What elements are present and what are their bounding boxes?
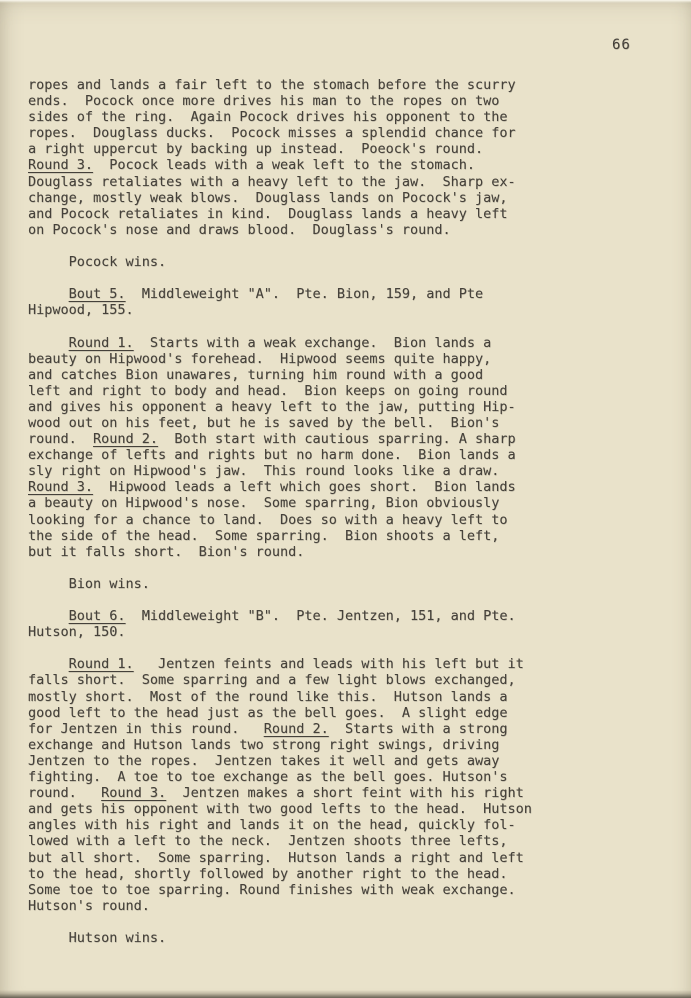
typewritten-line: ​ (28, 238, 671, 254)
typewritten-line: exchange of lefts and rights but no harm… (28, 447, 671, 463)
text-segment: Bion wins. (28, 576, 150, 592)
typewritten-line: Jentzen to the ropes. Jentzen takes it w… (28, 753, 671, 769)
text-segment: Hutson wins. (28, 930, 166, 946)
text-segment (28, 656, 69, 672)
text-segment: ends. Pocock once more drives his man to… (28, 93, 499, 109)
typewritten-line: for Jentzen in this round. Round 2. Star… (28, 721, 671, 737)
page-bottom-edge-shadow (0, 990, 691, 998)
text-segment: ropes. Douglass ducks. Pocock misses a s… (28, 125, 516, 141)
text-segment (28, 286, 69, 302)
typewritten-line: good left to the head just as the bell g… (28, 705, 671, 721)
underlined-heading: Round 1. (69, 656, 134, 672)
text-segment: round. (28, 431, 93, 447)
underlined-heading: Bout 5. (69, 286, 126, 302)
text-segment: a beauty on Hipwood's nose. Some sparrin… (28, 495, 499, 511)
text-segment: change, mostly weak blows. Douglass land… (28, 190, 508, 206)
typewritten-line: ropes and lands a fair left to the stoma… (28, 77, 671, 93)
typewritten-line: Douglass retaliates with a heavy left to… (28, 174, 671, 190)
text-segment: falls short. Some sparring and a few lig… (28, 672, 516, 688)
typewritten-line: Round 3. Hipwood leads a left which goes… (28, 479, 671, 495)
text-segment: lowed with a left to the neck. Jentzen s… (28, 833, 508, 849)
text-segment: left and right to body and head. Bion ke… (28, 383, 508, 399)
underlined-heading: Round 2. (93, 431, 158, 447)
typewritten-line: and gets his opponent with two good left… (28, 801, 671, 817)
text-segment: but it falls short. Bion's round. (28, 544, 304, 560)
text-segment: for Jentzen in this round. (28, 721, 264, 737)
text-segment (28, 608, 69, 624)
underlined-heading: Round 1. (69, 335, 134, 351)
page-number: 66 (612, 37, 631, 53)
typewritten-line: sly right on Hipwood's jaw. This round l… (28, 463, 671, 479)
typewritten-line: Round 3. Pocock leads with a weak left t… (28, 157, 671, 173)
typewritten-line: wood out on his feet, but he is saved by… (28, 415, 671, 431)
typewritten-line: but it falls short. Bion's round. (28, 544, 671, 560)
typewritten-line: and catches Bion unawares, turning him r… (28, 367, 671, 383)
text-segment: Starts with a strong (329, 721, 508, 737)
text-segment: good left to the head just as the bell g… (28, 705, 508, 721)
text-segment: exchange and Hutson lands two strong rig… (28, 737, 499, 753)
typewritten-line: Hutson wins. (28, 930, 671, 946)
text-segment: Jentzen to the ropes. Jentzen takes it w… (28, 753, 499, 769)
text-segment: and gives his opponent a heavy left to t… (28, 399, 516, 415)
typewritten-line: on Pocock's nose and draws blood. Dougla… (28, 222, 671, 238)
text-segment: sides of the ring. Again Pocock drives h… (28, 109, 508, 125)
text-segment: Hipwood leads a left which goes short. B… (93, 479, 516, 495)
text-segment: Hutson's round. (28, 898, 150, 914)
typewritten-line: and gives his opponent a heavy left to t… (28, 399, 671, 415)
underlined-heading: Bout 6. (69, 608, 126, 624)
underlined-heading: Round 2. (264, 721, 329, 737)
text-segment: wood out on his feet, but he is saved by… (28, 415, 499, 431)
typewritten-line: Round 1. Starts with a weak exchange. Bi… (28, 335, 671, 351)
text-segment: mostly short. Most of the round like thi… (28, 689, 508, 705)
text-segment: a right uppercut by backing up instead. … (28, 141, 483, 157)
typewritten-line: Hutson's round. (28, 898, 671, 914)
text-segment (28, 335, 69, 351)
typewritten-line: round. Round 2. Both start with cautious… (28, 431, 671, 447)
typewritten-line: mostly short. Most of the round like thi… (28, 689, 671, 705)
typewritten-line: Pocock wins. (28, 254, 671, 270)
typewritten-line: change, mostly weak blows. Douglass land… (28, 190, 671, 206)
underlined-heading: Round 3. (101, 785, 166, 801)
text-segment: ropes and lands a fair left to the stoma… (28, 77, 516, 93)
typewritten-line: ends. Pocock once more drives his man to… (28, 93, 671, 109)
text-segment: Pocock wins. (28, 254, 166, 270)
typewritten-line: sides of the ring. Again Pocock drives h… (28, 109, 671, 125)
text-segment: round. (28, 785, 101, 801)
text-segment: and gets his opponent with two good left… (28, 801, 532, 817)
typewritten-line: exchange and Hutson lands two strong rig… (28, 737, 671, 753)
typewritten-line: Bion wins. (28, 576, 671, 592)
text-segment: fighting. A toe to toe exchange as the b… (28, 769, 508, 785)
text-segment: and catches Bion unawares, turning him r… (28, 367, 483, 383)
typewritten-line: ​ (28, 318, 671, 334)
document-body: ropes and lands a fair left to the stoma… (28, 77, 671, 946)
typewritten-line: ​ (28, 270, 671, 286)
typewritten-line: Some toe to toe sparring. Round finishes… (28, 882, 671, 898)
typewritten-line: looking for a chance to land. Does so wi… (28, 512, 671, 528)
text-segment: looking for a chance to land. Does so wi… (28, 512, 508, 528)
underlined-heading: Round 3. (28, 157, 93, 173)
scanned-document-page: 66 ropes and lands a fair left to the st… (0, 0, 691, 998)
typewritten-line: ropes. Douglass ducks. Pocock misses a s… (28, 125, 671, 141)
typewritten-line: round. Round 3. Jentzen makes a short fe… (28, 785, 671, 801)
text-segment: on Pocock's nose and draws blood. Dougla… (28, 222, 451, 238)
text-segment: exchange of lefts and rights but no harm… (28, 447, 516, 463)
text-segment: sly right on Hipwood's jaw. This round l… (28, 463, 499, 479)
text-segment: the side of the head. Some sparring. Bio… (28, 528, 499, 544)
text-segment: Jentzen feints and leads with his left b… (134, 656, 524, 672)
text-segment: Starts with a weak exchange. Bion lands … (134, 335, 492, 351)
typewritten-line: and Pocock retaliates in kind. Douglass … (28, 206, 671, 222)
typewritten-line: Bout 5. Middleweight "A". Pte. Bion, 159… (28, 286, 671, 302)
typewritten-line: ​ (28, 914, 671, 930)
typewritten-line: Hipwood, 155. (28, 302, 671, 318)
text-segment: to the head, shortly followed by another… (28, 866, 508, 882)
typewritten-line: fighting. A toe to toe exchange as the b… (28, 769, 671, 785)
typewritten-line: but all short. Some sparring. Hutson lan… (28, 850, 671, 866)
page-top-edge (0, 0, 691, 3)
text-segment: Jentzen makes a short feint with his rig… (166, 785, 524, 801)
text-segment: Hipwood, 155. (28, 302, 134, 318)
typewritten-line: Bout 6. Middleweight "B". Pte. Jentzen, … (28, 608, 671, 624)
typewritten-line: Hutson, 150. (28, 624, 671, 640)
text-segment: Some toe to toe sparring. Round finishes… (28, 882, 516, 898)
typewritten-line: ​ (28, 560, 671, 576)
text-segment: and Pocock retaliates in kind. Douglass … (28, 206, 508, 222)
typewritten-line: Round 1. Jentzen feints and leads with h… (28, 656, 671, 672)
underlined-heading: Round 3. (28, 479, 93, 495)
typewritten-line: falls short. Some sparring and a few lig… (28, 672, 671, 688)
text-segment: Middleweight "A". Pte. Bion, 159, and Pt… (126, 286, 484, 302)
typewritten-line: a beauty on Hipwood's nose. Some sparrin… (28, 495, 671, 511)
typewritten-line: ​ (28, 640, 671, 656)
typewritten-line: left and right to body and head. Bion ke… (28, 383, 671, 399)
typewritten-line: angles with his right and lands it on th… (28, 817, 671, 833)
text-segment: but all short. Some sparring. Hutson lan… (28, 850, 524, 866)
typewritten-line: to the head, shortly followed by another… (28, 866, 671, 882)
typewritten-line: ​ (28, 592, 671, 608)
text-segment: angles with his right and lands it on th… (28, 817, 516, 833)
text-segment: Both start with cautious sparring. A sha… (158, 431, 516, 447)
text-segment: Middleweight "B". Pte. Jentzen, 151, and… (126, 608, 516, 624)
text-segment: Pocock leads with a weak left to the sto… (93, 157, 475, 173)
typewritten-line: the side of the head. Some sparring. Bio… (28, 528, 671, 544)
text-segment: beauty on Hipwood's forehead. Hipwood se… (28, 351, 491, 367)
typewritten-line: beauty on Hipwood's forehead. Hipwood se… (28, 351, 671, 367)
text-segment: Hutson, 150. (28, 624, 126, 640)
typewritten-line: lowed with a left to the neck. Jentzen s… (28, 833, 671, 849)
typewritten-line: a right uppercut by backing up instead. … (28, 141, 671, 157)
text-segment: Douglass retaliates with a heavy left to… (28, 174, 516, 190)
